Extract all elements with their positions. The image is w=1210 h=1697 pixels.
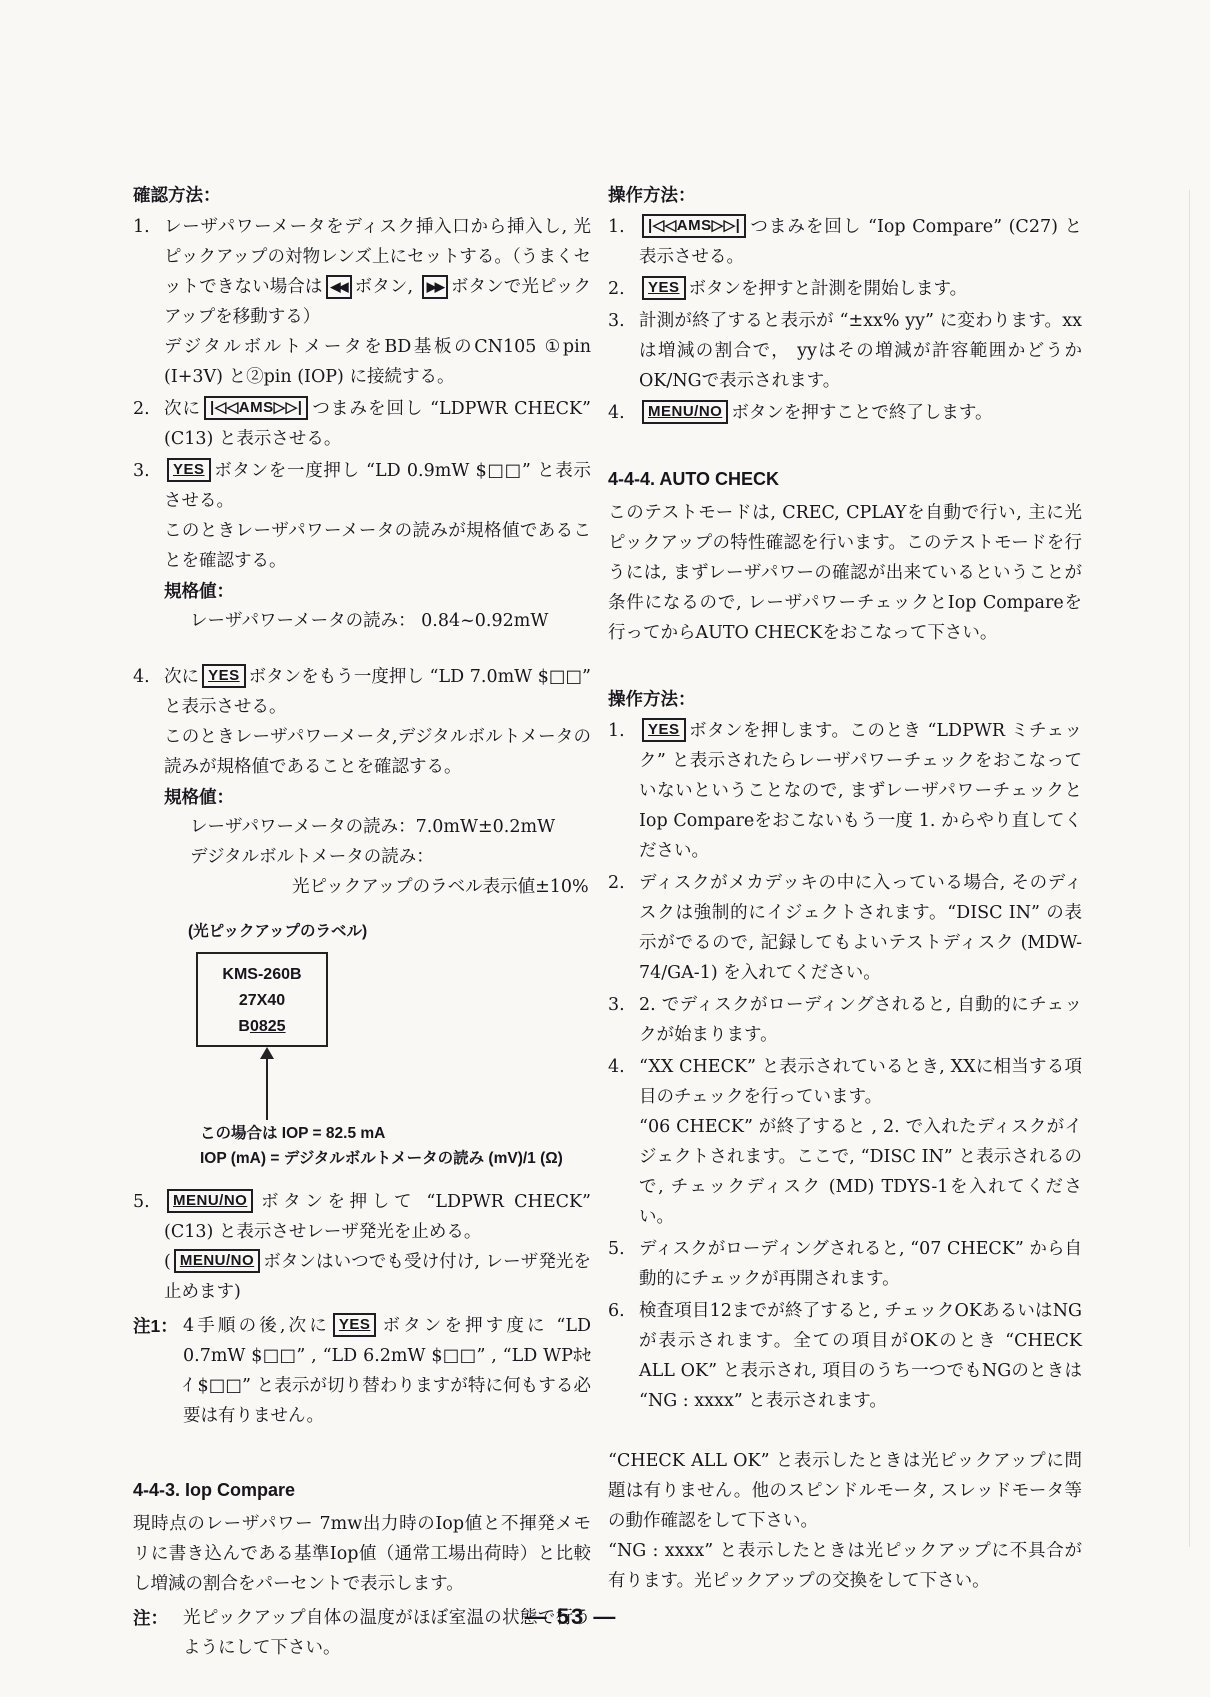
manual-page: 確認方法： 1. レーザパワーメータをディスク挿入口から挿入し, 光ピックアップ… — [0, 0, 1210, 1697]
text-run: ボタンを押すことで終了します。 — [731, 403, 992, 423]
label-model: KMS-260B — [198, 962, 326, 988]
left-column: 確認方法： 1. レーザパワーメータをディスク挿入口から挿入し, 光ピックアップ… — [133, 180, 591, 1663]
left-step-4: 4. 次にYESボタンをもう一度押し “LD 7.0mW $□□” と表示させる… — [133, 662, 591, 902]
text-run: 検査項目12までが終了すると, チェックOKあるいはNGが表示されます。全ての項… — [639, 1301, 1082, 1411]
paragraph: レーザパワーメータをディスク挿入口から挿入し, 光ピックアップの対物レンズ上にセ… — [164, 212, 591, 332]
label-code: B0825 — [198, 1014, 326, 1040]
ams-knob-ref: |◁◁AMS▷▷| — [204, 396, 308, 420]
step-number: 5. — [608, 1234, 639, 1264]
paragraph: デジタルボルトメータをBD基板のCN105 ①pin (I+3V) と②pin … — [164, 332, 591, 392]
operation-method-heading-2: 操作方法： — [608, 684, 1082, 714]
note-label: 注1： — [133, 1311, 183, 1341]
right-op1-step-4: 4. MENU/NOボタンを押すことで終了します。 — [608, 398, 1082, 428]
text-run: 計測が終了すると表示が “±xx% yy” に変わります。xxは増減の割合で， … — [639, 311, 1082, 391]
spec-value: デジタルボルトメータの読み： — [164, 842, 591, 872]
page-number: — 53 — — [0, 1604, 1176, 1630]
step-body: ディスクがメカデッキの中に入っている場合, そのディスクは強制的にイジェクトされ… — [639, 868, 1082, 988]
figure-note: IOP (mA) = デジタルボルトメータの読み (mV)/1 (Ω) — [200, 1146, 591, 1171]
step-number: 5. — [133, 1187, 164, 1217]
paragraph: “06 CHECK” が終了すると , 2. で入れたディスクがイジェクトされま… — [639, 1112, 1082, 1232]
right-op1-step-2: 2. YESボタンを押すと計測を開始します。 — [608, 274, 1082, 304]
step-body: |◁◁AMS▷▷|つまみを回し “Iop Compare” (C27) と表示さ… — [639, 212, 1082, 272]
paragraph: 検査項目12までが終了すると, チェックOKあるいはNGが表示されます。全ての項… — [639, 1296, 1082, 1416]
step-number: 4. — [608, 1052, 639, 1082]
closing-paragraph: “CHECK ALL OK” と表示したときは光ピックアップに問題は有りません。… — [608, 1446, 1082, 1536]
figure-caption: (光ピックアップのラベル) — [188, 920, 591, 944]
paragraph: MENU/NOボタンを押して “LDPWR CHECK” (C13) と表示させ… — [164, 1187, 591, 1247]
right-op2-step-5: 5. ディスクがローディングされると, “07 CHECK” から自動的にチェッ… — [608, 1234, 1082, 1294]
paragraph: ディスクがローディングされると, “07 CHECK” から自動的にチェックが再… — [639, 1234, 1082, 1294]
step-number: 2. — [133, 394, 164, 424]
step-body: 計測が終了すると表示が “±xx% yy” に変わります。xxは増減の割合で， … — [639, 306, 1082, 396]
paragraph: 次に|◁◁AMS▷▷|つまみを回し “LDPWR CHECK” (C13) と表… — [164, 394, 591, 454]
step-number: 6. — [608, 1296, 639, 1326]
step-body: 次に|◁◁AMS▷▷|つまみを回し “LDPWR CHECK” (C13) と表… — [164, 394, 591, 454]
step-number: 4. — [608, 398, 639, 428]
text-run: デジタルボルトメータをBD基板のCN105 ①pin (I+3V) と②pin … — [164, 337, 591, 387]
left-step-3: 3. YESボタンを一度押し “LD 0.9mW $□□” と表示させる。 この… — [133, 456, 591, 636]
step-body: “XX CHECK” と表示されているとき, XXに相当する項目のチェックを行っ… — [639, 1052, 1082, 1232]
paragraph: 次にYESボタンをもう一度押し “LD 7.0mW $□□” と表示させる。 — [164, 662, 591, 722]
step-body: MENU/NOボタンを押して “LDPWR CHECK” (C13) と表示させ… — [164, 1187, 591, 1307]
note-body: 4手順の後,次にYESボタンを押す度に “LD 0.7mW $□□” , “LD… — [183, 1311, 591, 1431]
step-body: YESボタンを一度押し “LD 0.9mW $□□” と表示させる。 このときレ… — [164, 456, 591, 636]
left-step-2: 2. 次に|◁◁AMS▷▷|つまみを回し “LDPWR CHECK” (C13)… — [133, 394, 591, 454]
right-op2-step-6: 6. 検査項目12までが終了すると, チェックOKあるいはNGが表示されます。全… — [608, 1296, 1082, 1416]
text-run: 4手順の後,次に — [183, 1316, 330, 1336]
text-run: ディスクがメカデッキの中に入っている場合, そのディスクは強制的にイジェクトされ… — [639, 873, 1082, 983]
step-body: レーザパワーメータをディスク挿入口から挿入し, 光ピックアップの対物レンズ上にセ… — [164, 212, 591, 392]
text-run: このときレーザパワーメータ,デジタルボルトメータの読みが規格値であることを確認す… — [164, 727, 591, 777]
paragraph: “XX CHECK” と表示されているとき, XXに相当する項目のチェックを行っ… — [639, 1052, 1082, 1112]
text-run: 次に — [164, 399, 201, 419]
yes-button-ref: YES — [202, 664, 246, 688]
paragraph: YESボタンを一度押し “LD 0.9mW $□□” と表示させる。 — [164, 456, 591, 516]
pointer-arrow — [188, 1047, 388, 1121]
text-run: “XX CHECK” と表示されているとき, XXに相当する項目のチェックを行っ… — [639, 1057, 1082, 1107]
paragraph: ディスクがメカデッキの中に入っている場合, そのディスクは強制的にイジェクトされ… — [639, 868, 1082, 988]
step-number: 3. — [133, 456, 164, 486]
spec-value: レーザパワーメータの読み： 0.84~0.92mW — [164, 606, 591, 636]
section-4-4-3: 4-4-3. Iop Compare 現時点のレーザパワー 7mw出力時のIop… — [133, 1475, 591, 1663]
yes-button-ref: YES — [167, 458, 211, 482]
menu-no-button-ref: MENU/NO — [642, 400, 728, 424]
yes-button-ref: YES — [642, 276, 686, 300]
section-body: このテストモードは, CREC, CPLAYを自動で行い, 主に光ピックアップの… — [608, 498, 1082, 648]
right-column: 操作方法： 1. |◁◁AMS▷▷|つまみを回し “Iop Compare” (… — [608, 180, 1082, 1596]
text-run: ディスクがローディングされると, “07 CHECK” から自動的にチェックが再… — [639, 1239, 1082, 1289]
step-number: 3. — [608, 306, 639, 336]
section-title: 4-4-4. AUTO CHECK — [608, 464, 1082, 494]
step-body: YESボタンを押すと計測を開始します。 — [639, 274, 1082, 304]
text-run: このときレーザパワーメータの読みが規格値であることを確認する。 — [164, 521, 591, 571]
label-code-underlined: 0825 — [250, 1018, 286, 1035]
step-number: 2. — [608, 274, 639, 304]
text-run: ボタンを押します。このとき “LDPWR ミチェック” と表示されたらレーザパワ… — [639, 721, 1082, 861]
right-op2-step-3: 3. 2. でディスクがローディングされると, 自動的にチェックが始まります。 — [608, 990, 1082, 1050]
label-code-prefix: B — [238, 1018, 250, 1035]
section-body: 現時点のレーザパワー 7mw出力時のIop値と不揮発メモリに書き込んである基準I… — [133, 1509, 591, 1599]
operation-method-heading: 操作方法： — [608, 180, 1082, 210]
text-run: ( — [164, 1252, 171, 1272]
text-run: “06 CHECK” が終了すると , 2. で入れたディスクがイジェクトされま… — [639, 1117, 1082, 1227]
paragraph: YESボタンを押します。このとき “LDPWR ミチェック” と表示されたらレー… — [639, 716, 1082, 866]
ams-knob-ref: |◁◁AMS▷▷| — [642, 214, 746, 238]
rewind-button-icon: ◀◀ — [326, 275, 352, 299]
note-1: 注1： 4手順の後,次にYESボタンを押す度に “LD 0.7mW $□□” ,… — [133, 1311, 591, 1431]
menu-no-button-ref: MENU/NO — [174, 1249, 260, 1273]
left-step-5: 5. MENU/NOボタンを押して “LDPWR CHECK” (C13) と表… — [133, 1187, 591, 1307]
step-body: YESボタンを押します。このとき “LDPWR ミチェック” と表示されたらレー… — [639, 716, 1082, 866]
right-op1-step-1: 1. |◁◁AMS▷▷|つまみを回し “Iop Compare” (C27) と… — [608, 212, 1082, 272]
paragraph: (MENU/NOボタンはいつでも受け付け, レーザ発光を止めます) — [164, 1247, 591, 1307]
spec-label: 規格値： — [164, 576, 591, 606]
step-number: 1. — [133, 212, 164, 242]
paragraph: このときレーザパワーメータ,デジタルボルトメータの読みが規格値であることを確認す… — [164, 722, 591, 782]
menu-no-button-ref: MENU/NO — [167, 1189, 253, 1213]
paragraph: 計測が終了すると表示が “±xx% yy” に変わります。xxは増減の割合で， … — [639, 306, 1082, 396]
left-step-1: 1. レーザパワーメータをディスク挿入口から挿入し, 光ピックアップの対物レンズ… — [133, 212, 591, 392]
closing-remarks: “CHECK ALL OK” と表示したときは光ピックアップに問題は有りません。… — [608, 1446, 1082, 1596]
step-number: 3. — [608, 990, 639, 1020]
section-title: 4-4-3. Iop Compare — [133, 1475, 591, 1505]
step-body: MENU/NOボタンを押すことで終了します。 — [639, 398, 1082, 428]
pickup-label-figure: (光ピックアップのラベル) KMS-260B 27X40 B0825 この場合は… — [188, 920, 591, 1171]
step-number: 1. — [608, 716, 639, 746]
yes-button-ref: YES — [642, 718, 686, 742]
spec-value: 光ピックアップのラベル表示値±10% — [164, 872, 591, 902]
paragraph: YESボタンを押すと計測を開始します。 — [639, 274, 1082, 304]
label-size: 27X40 — [198, 988, 326, 1014]
step-number: 1. — [608, 212, 639, 242]
right-op2-step-4: 4. “XX CHECK” と表示されているとき, XXに相当する項目のチェック… — [608, 1052, 1082, 1232]
right-op1-step-3: 3. 計測が終了すると表示が “±xx% yy” に変わります。xxは増減の割合… — [608, 306, 1082, 396]
yes-button-ref: YES — [333, 1313, 377, 1337]
paragraph: 4手順の後,次にYESボタンを押す度に “LD 0.7mW $□□” , “LD… — [183, 1311, 591, 1431]
confirmation-method-heading: 確認方法： — [133, 180, 591, 210]
spec-value: レーザパワーメータの読み：7.0mW±0.2mW — [164, 812, 591, 842]
step-body: 検査項目12までが終了すると, チェックOKあるいはNGが表示されます。全ての項… — [639, 1296, 1082, 1416]
step-number: 2. — [608, 868, 639, 898]
scan-edge-line — [1189, 190, 1190, 1547]
paragraph: MENU/NOボタンを押すことで終了します。 — [639, 398, 1082, 428]
text-run: 次に — [164, 667, 199, 687]
section-4-4-4: 4-4-4. AUTO CHECK このテストモードは, CREC, CPLAY… — [608, 464, 1082, 648]
text-run: ボタンを一度押し “LD 0.9mW $□□” と表示させる。 — [164, 461, 591, 511]
fast-forward-button-icon: ▶▶ — [422, 275, 448, 299]
paragraph: 2. でディスクがローディングされると, 自動的にチェックが始まります。 — [639, 990, 1082, 1050]
text-run: ボタンを押すと計測を開始します。 — [689, 279, 968, 299]
figure-note: この場合は IOP = 82.5 mA — [200, 1121, 591, 1146]
step-number: 4. — [133, 662, 164, 692]
paragraph: このときレーザパワーメータの読みが規格値であることを確認する。 — [164, 516, 591, 576]
arrow-line — [266, 1056, 268, 1120]
pickup-label-box: KMS-260B 27X40 B0825 — [196, 952, 328, 1047]
closing-paragraph: “NG : xxxx” と表示したときは光ピックアップに不具合が有ります。光ピッ… — [608, 1536, 1082, 1596]
step-body: ディスクがローディングされると, “07 CHECK” から自動的にチェックが再… — [639, 1234, 1082, 1294]
paragraph: |◁◁AMS▷▷|つまみを回し “Iop Compare” (C27) と表示さ… — [639, 212, 1082, 272]
right-op2-step-1: 1. YESボタンを押します。このとき “LDPWR ミチェック” と表示された… — [608, 716, 1082, 866]
spec-label: 規格値： — [164, 782, 591, 812]
step-body: 2. でディスクがローディングされると, 自動的にチェックが始まります。 — [639, 990, 1082, 1050]
text-run: ボタン, — [355, 277, 419, 297]
right-op2-step-2: 2. ディスクがメカデッキの中に入っている場合, そのディスクは強制的にイジェク… — [608, 868, 1082, 988]
step-body: 次にYESボタンをもう一度押し “LD 7.0mW $□□” と表示させる。 こ… — [164, 662, 591, 902]
text-run: 2. でディスクがローディングされると, 自動的にチェックが始まります。 — [639, 995, 1082, 1045]
